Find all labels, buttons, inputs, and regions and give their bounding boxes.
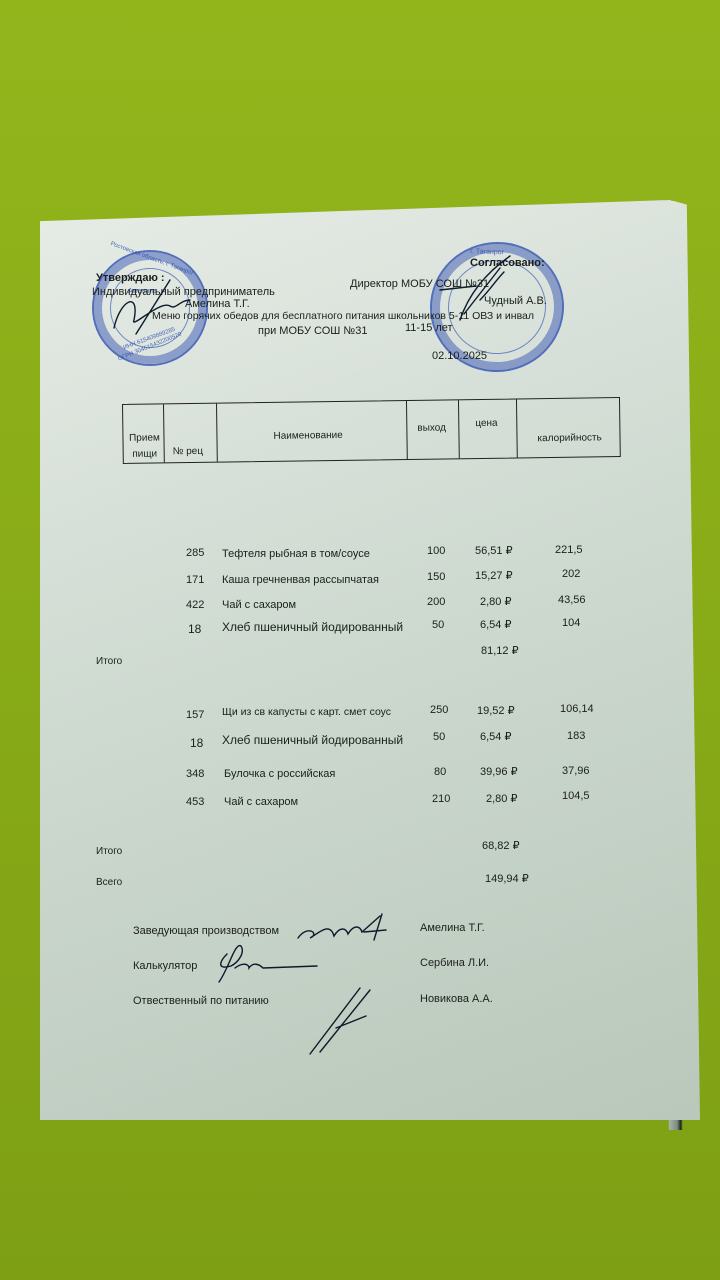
grand-total-label: Всего	[96, 877, 122, 888]
signature-3	[300, 982, 390, 1062]
director-signature	[420, 250, 530, 330]
signature-name: Новикова А.А.	[420, 993, 493, 1005]
approver-signature	[100, 270, 210, 340]
signature-role: Отвественный по питанию	[133, 995, 269, 1007]
column-recipe-number: № рец	[164, 404, 218, 463]
column-name: Наименование	[217, 401, 408, 462]
column-output: выход	[407, 400, 460, 459]
signature-name: Сербина Л.И.	[420, 957, 489, 969]
column-meal: Прием пищи	[123, 404, 165, 463]
signature-role: Калькулятор	[133, 960, 197, 972]
signature-2	[205, 938, 325, 988]
menu-date: 02.10.2025	[432, 350, 487, 362]
menu-table-header: Прием пищи № рец Наименование выход цена…	[122, 397, 621, 464]
column-calories: калорийность	[517, 398, 620, 457]
column-price: цена	[459, 399, 518, 458]
signature-name: Амелина Т.Г.	[420, 922, 485, 934]
signature-role: Заведующая производством	[133, 925, 279, 937]
menu-school: при МОБУ СОШ №31	[258, 325, 367, 337]
grand-total-price: 149,94 ₽	[485, 872, 529, 885]
